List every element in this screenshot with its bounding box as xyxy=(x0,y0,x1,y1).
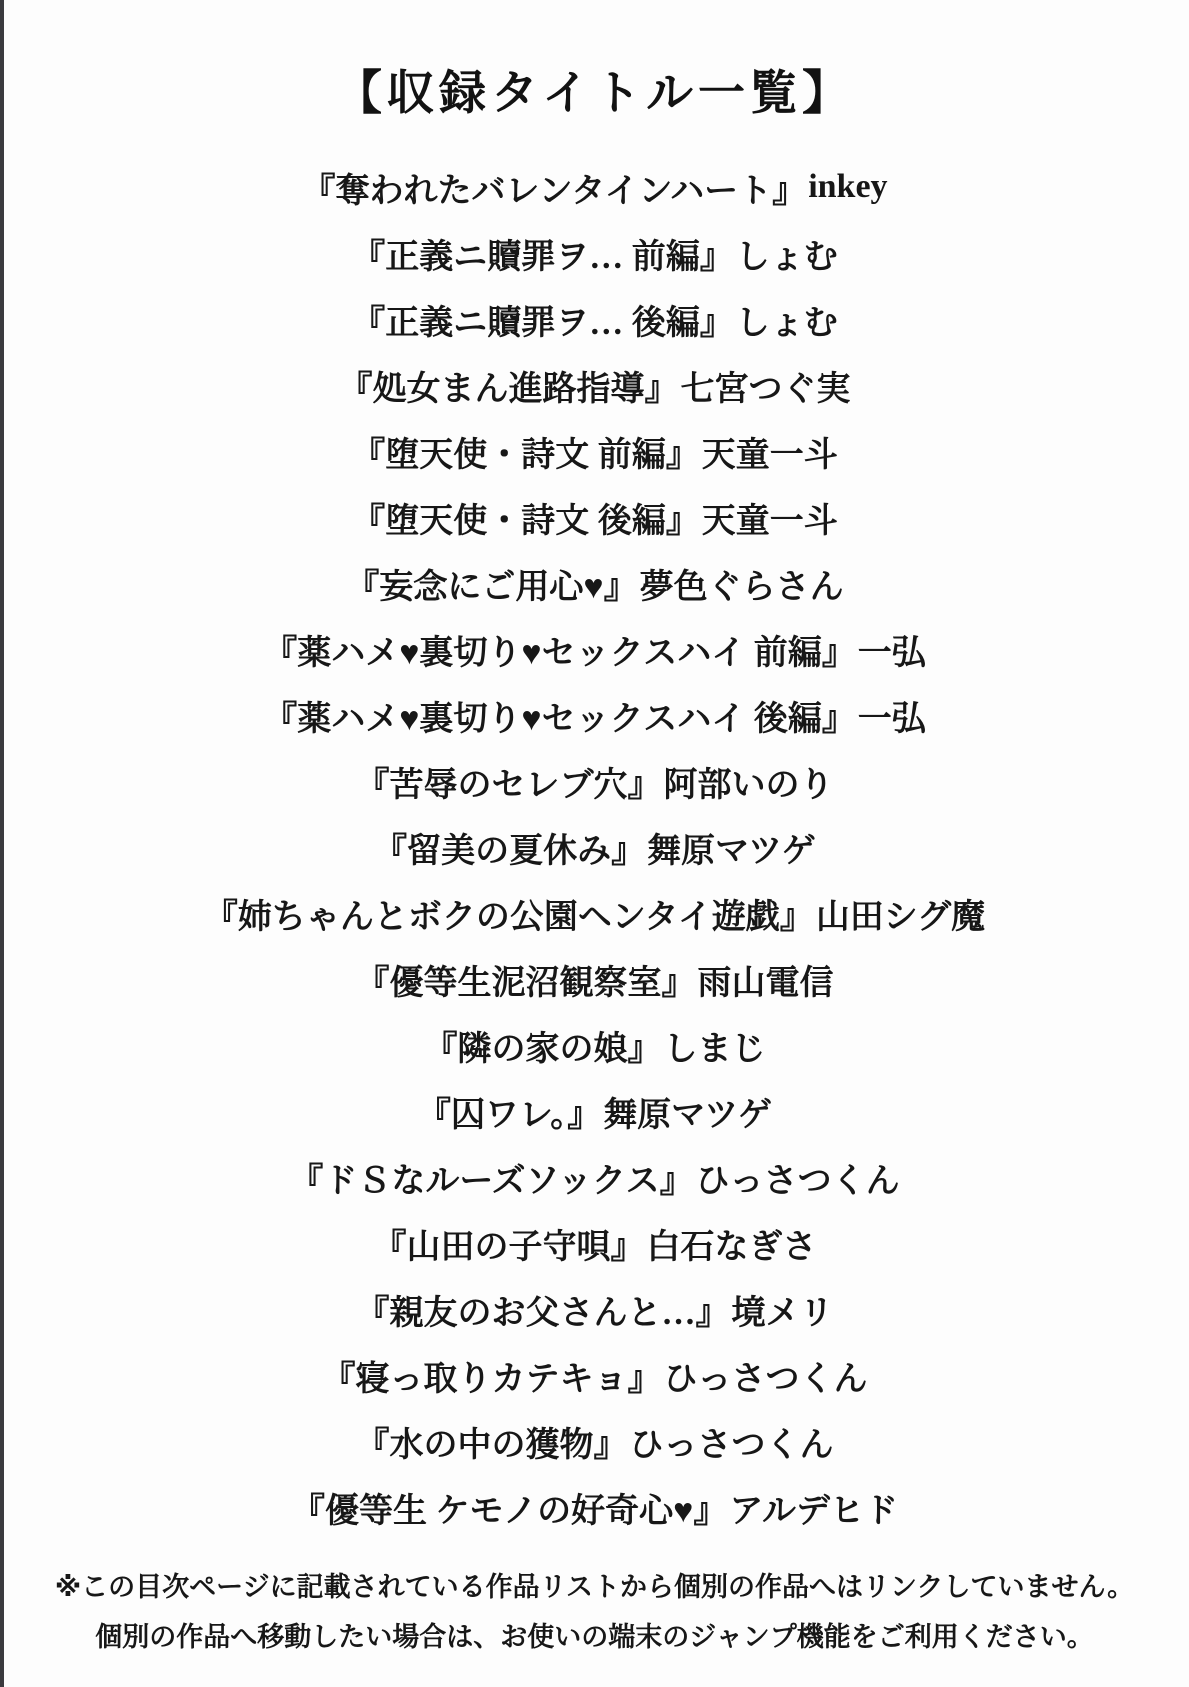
toc-entry: 『堕天使・詩文 前編』天童一斗 xyxy=(0,418,1189,484)
work-author: しょむ xyxy=(736,229,838,278)
work-author: 山田シグ魔 xyxy=(816,889,985,938)
work-author: ひっさつくん xyxy=(630,1417,834,1466)
toc-entry: 『妄念にご用心♥』夢色ぐらさん xyxy=(0,550,1189,616)
toc-entry: 『水の中の獲物』ひっさつくん xyxy=(0,1408,1189,1474)
work-title: 『正義ニ贖罪ヲ… 後編』 xyxy=(351,295,734,344)
work-author: 白石なぎさ xyxy=(647,1219,817,1268)
footer-note-line1: ※この目次ページに記載されている作品リストから個別の作品へはリンクしていません。 xyxy=(0,1562,1189,1612)
work-author: 天童一斗 xyxy=(702,493,838,542)
work-author: inkey xyxy=(808,168,887,206)
work-title: 『囚ワレ。』 xyxy=(417,1087,601,1136)
work-author: しょむ xyxy=(736,295,838,344)
work-title: 『寝っ取りカテキョ』 xyxy=(322,1351,662,1400)
work-title: 『薬ハメ♥裏切り♥セックスハイ 前編』 xyxy=(263,625,856,674)
work-author: 雨山電信 xyxy=(698,955,834,1004)
work-author: アルデヒド xyxy=(729,1483,898,1532)
toc-entry: 『姉ちゃんとボクの公園ヘンタイ遊戯』山田シグ魔 xyxy=(0,880,1189,946)
toc-entry: 『堕天使・詩文 後編』天童一斗 xyxy=(0,484,1189,550)
work-title: 『堕天使・詩文 前編』 xyxy=(351,427,700,476)
work-author: 夢色ぐらさん xyxy=(640,559,844,608)
toc-entry: 『優等生泥沼観察室』雨山電信 xyxy=(0,946,1189,1012)
footer-note: ※この目次ページに記載されている作品リストから個別の作品へはリンクしていません。… xyxy=(0,1562,1189,1662)
toc-entry: 『薬ハメ♥裏切り♥セックスハイ 前編』一弘 xyxy=(0,616,1189,682)
work-title: 『妄念にご用心♥』 xyxy=(345,559,637,608)
work-author: ひっさつくん xyxy=(696,1153,900,1202)
work-title: 『苦辱のセレブ穴』 xyxy=(356,757,662,806)
work-author: ひっさつくん xyxy=(664,1351,868,1400)
toc-page: { "page": { "background_color": "#fdfdfd… xyxy=(0,0,1189,1687)
work-author: 境メリ xyxy=(732,1285,834,1334)
work-author: 阿部いのり xyxy=(664,757,834,806)
work-title: 『堕天使・詩文 後編』 xyxy=(351,493,700,542)
work-title: 『正義ニ贖罪ヲ… 前編』 xyxy=(351,229,734,278)
toc-entry: 『奪われたバレンタインハート』inkey xyxy=(0,154,1189,220)
work-title: 『優等生泥沼観察室』 xyxy=(356,955,696,1004)
work-author: 七宮つぐ実 xyxy=(681,361,851,410)
page-title: 【収録タイトル一覧】 xyxy=(0,56,1189,123)
toc-entry: 『親友のお父さんと…』境メリ xyxy=(0,1276,1189,1342)
work-author: 一弘 xyxy=(858,625,926,674)
work-author: 舞原マツゲ xyxy=(647,823,816,872)
work-title: 『薬ハメ♥裏切り♥セックスハイ 後編』 xyxy=(263,691,856,740)
toc-entry: 『正義ニ贖罪ヲ… 後編』しょむ xyxy=(0,286,1189,352)
footer-note-line2: 個別の作品へ移動したい場合は、お使いの端末のジャンプ機能をご利用ください。 xyxy=(0,1612,1189,1662)
toc-entry: 『隣の家の娘』しまじ xyxy=(0,1012,1189,1078)
work-title: 『奪われたバレンタインハート』 xyxy=(301,163,806,212)
work-title: 『留美の夏休み』 xyxy=(373,823,645,872)
work-title: 『水の中の獲物』 xyxy=(356,1417,628,1466)
toc-entry: 『囚ワレ。』舞原マツゲ xyxy=(0,1078,1189,1144)
work-title: 『親友のお父さんと…』 xyxy=(356,1285,730,1334)
work-title: 『優等生 ケモノの好奇心♥』 xyxy=(291,1483,727,1532)
toc-entry: 『正義ニ贖罪ヲ… 前編』しょむ xyxy=(0,220,1189,286)
work-author: 一弘 xyxy=(858,691,926,740)
toc-entry: 『薬ハメ♥裏切り♥セックスハイ 後編』一弘 xyxy=(0,682,1189,748)
work-author: 舞原マツゲ xyxy=(603,1087,772,1136)
toc-entry: 『優等生 ケモノの好奇心♥』アルデヒド xyxy=(0,1474,1189,1540)
toc-entry: 『山田の子守唄』白石なぎさ xyxy=(0,1210,1189,1276)
work-author: 天童一斗 xyxy=(702,427,838,476)
work-title: 『姉ちゃんとボクの公園ヘンタイ遊戯』 xyxy=(204,889,814,938)
toc-entry: 『苦辱のセレブ穴』阿部いのり xyxy=(0,748,1189,814)
work-title: 『ドＳなルーズソックス』 xyxy=(289,1153,693,1202)
work-title: 『山田の子守唄』 xyxy=(373,1219,645,1268)
work-author: しまじ xyxy=(664,1021,766,1070)
toc-list: 『奪われたバレンタインハート』inkey 『正義ニ贖罪ヲ… 前編』しょむ 『正義… xyxy=(0,154,1189,1540)
toc-entry: 『処女まん進路指導』七宮つぐ実 xyxy=(0,352,1189,418)
work-title: 『処女まん進路指導』 xyxy=(339,361,679,410)
toc-entry: 『ドＳなルーズソックス』ひっさつくん xyxy=(0,1144,1189,1210)
toc-entry: 『寝っ取りカテキョ』ひっさつくん xyxy=(0,1342,1189,1408)
toc-entry: 『留美の夏休み』舞原マツゲ xyxy=(0,814,1189,880)
work-title: 『隣の家の娘』 xyxy=(424,1021,662,1070)
